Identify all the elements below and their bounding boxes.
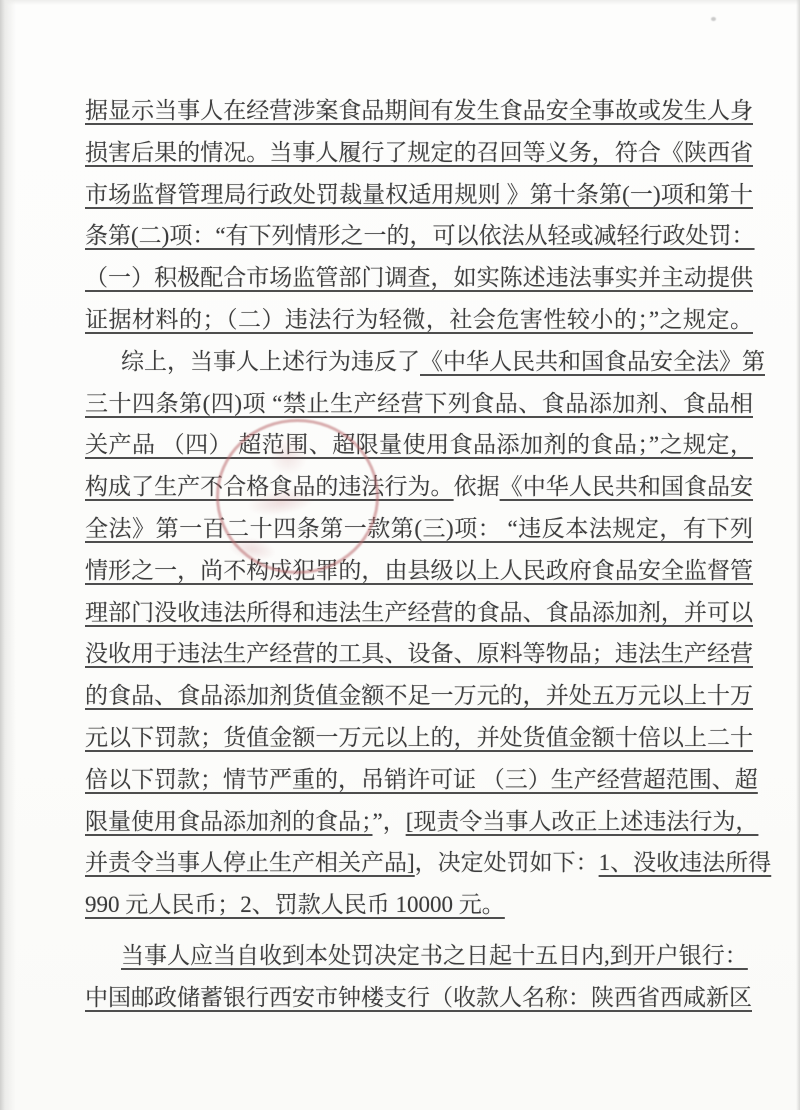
underlined-text: 的食品、食品添加剂货值金额不足一万元的，并处五万元以上十万 <box>85 683 753 708</box>
underlined-text: 没收用于违法生产经营的工具、设备、原料等物品；违法生产经营 <box>85 641 753 666</box>
underlined-text: 条第(二)项：“有下列情形之一的，可以依法从轻或减轻行政处罚： <box>85 223 755 248</box>
plain-text: ”， <box>373 809 406 834</box>
underlined-text: （一）积极配合市场监管部门调查，如实陈述违法事实并主动提供 <box>85 265 753 290</box>
underlined-text: 证据材料的；（二）违法行为轻微，社会危害性较小的；”之规定。 <box>85 307 753 332</box>
underlined-text: 限量使用食品添加剂的食品； <box>85 809 373 834</box>
text-line-19: 并责令当事人停止生产相关产品]，决定处罚如下：1、没收违法所得 <box>85 842 753 884</box>
text-line-6: 证据材料的；（二）违法行为轻微，社会危害性较小的；”之规定。 <box>85 299 753 341</box>
text-line-5: （一）积极配合市场监管部门调查，如实陈述违法事实并主动提供 <box>85 257 753 299</box>
underlined-text: 当事人应当自收到本处罚决定书之日起十五日内,到开户银行： <box>121 943 748 968</box>
text-line-9: 关产品 （四） 超范围、超限量使用食品添加剂的食品；”之规定， <box>85 424 753 466</box>
underlined-text: [现责令当事人改正上述违法行为， <box>406 809 759 834</box>
document-text: 据显示当事人在经营涉案食品期间有发生食品安全事故或发生人身损害后果的情况。当事人… <box>85 90 753 1019</box>
underlined-text: 并责令当事人停止生产相关产品] <box>85 850 415 875</box>
underlined-text: 市场监督管理局行政处罚裁量权适用规则 》第十条第(一)项和第十 <box>85 182 753 207</box>
text-line-22: 中国邮政储蓄银行西安市钟楼支行（收款人名称：陕西省西咸新区 <box>85 977 753 1019</box>
text-line-4: 条第(二)项：“有下列情形之一的，可以依法从轻或减轻行政处罚： <box>85 215 753 257</box>
text-line-16: 元以下罚款；货值金额一万元以上的，并处货值金额十倍以上二十 <box>85 717 753 759</box>
underlined-text: 据显示当事人在经营涉案食品期间有发生食品安全事故或发生人身 <box>85 98 753 123</box>
underlined-text: 三十四条第(四)项 “禁止生产经营下列食品、食品添加剂、食品相 <box>85 391 753 416</box>
underlined-text: 990 元人民币；2、罚款人民币 10000 元。 <box>85 892 505 917</box>
text-line-7: 综上，当事人上述行为违反了《中华人民共和国食品安全法》第 <box>85 341 753 383</box>
plain-text: 综上，当事人上述行为违反了 <box>121 349 420 374</box>
text-line-3: 市场监督管理局行政处罚裁量权适用规则 》第十条第(一)项和第十 <box>85 174 753 216</box>
scan-speck <box>711 17 716 21</box>
text-line-8: 三十四条第(四)项 “禁止生产经营下列食品、食品添加剂、食品相 <box>85 383 753 425</box>
text-line-13: 理部门没收违法所得和违法生产经营的食品、食品添加剂，并可以 <box>85 592 753 634</box>
text-line-12: 情形之一，尚不构成犯罪的，由县级以上人民政府食品安全监督管 <box>85 550 753 592</box>
text-line-18: 限量使用食品添加剂的食品；”，[现责令当事人改正上述违法行为， <box>85 801 753 843</box>
plain-text: 依据 <box>454 474 500 499</box>
underlined-text: 情形之一，尚不构成犯罪的，由县级以上人民政府食品安全监督管 <box>85 558 753 583</box>
text-line-10: 构成了生产不合格食品的违法行为。依据《中华人民共和国食品安 <box>85 466 753 508</box>
text-line-1: 据显示当事人在经营涉案食品期间有发生食品安全事故或发生人身 <box>85 90 753 132</box>
underlined-text: 理部门没收违法所得和违法生产经营的食品、食品添加剂，并可以 <box>85 600 753 625</box>
plain-text: ，决定处罚如下： <box>415 850 599 875</box>
underlined-text: 倍以下罚款；情节严重的，吊销许可证 （三）生产经营超范围、超 <box>85 767 758 792</box>
underlined-text: 构成了生产不合格食品的违法行为。 <box>85 474 454 499</box>
text-line-17: 倍以下罚款；情节严重的，吊销许可证 （三）生产经营超范围、超 <box>85 759 753 801</box>
underlined-text: 损害后果的情况。当事人履行了规定的召回等义务，符合《陕西省 <box>85 140 753 165</box>
text-line-15: 的食品、食品添加剂货值金额不足一万元的，并处五万元以上十万 <box>85 675 753 717</box>
underlined-text: 中国邮政储蓄银行西安市钟楼支行（收款人名称：陕西省西咸新区 <box>85 985 752 1010</box>
underlined-text: 《中华人民共和国食品安全法》第 <box>420 349 765 374</box>
text-line-20: 990 元人民币；2、罚款人民币 10000 元。 <box>85 884 753 926</box>
text-line-2: 损害后果的情况。当事人履行了规定的召回等义务，符合《陕西省 <box>85 132 753 174</box>
underlined-text: 关产品 （四） 超范围、超限量使用食品添加剂的食品；”之规定， <box>85 432 753 457</box>
underlined-text: 1、没收违法所得 <box>599 850 772 875</box>
text-line-14: 没收用于违法生产经营的工具、设备、原料等物品；违法生产经营 <box>85 633 753 675</box>
underlined-text: 元以下罚款；货值金额一万元以上的，并处货值金额十倍以上二十 <box>85 725 753 750</box>
text-line-21: 当事人应当自收到本处罚决定书之日起十五日内,到开户银行： <box>85 935 753 977</box>
underlined-text: 全法》第一百二十四条第一款第(三)项： “违反本法规定，有下列 <box>85 516 753 541</box>
underlined-text: 《中华人民共和国食品安 <box>500 474 753 499</box>
text-line-11: 全法》第一百二十四条第一款第(三)项： “违反本法规定，有下列 <box>85 508 753 550</box>
document-page: 据显示当事人在经营涉案食品期间有发生食品安全事故或发生人身损害后果的情况。当事人… <box>0 0 800 1110</box>
